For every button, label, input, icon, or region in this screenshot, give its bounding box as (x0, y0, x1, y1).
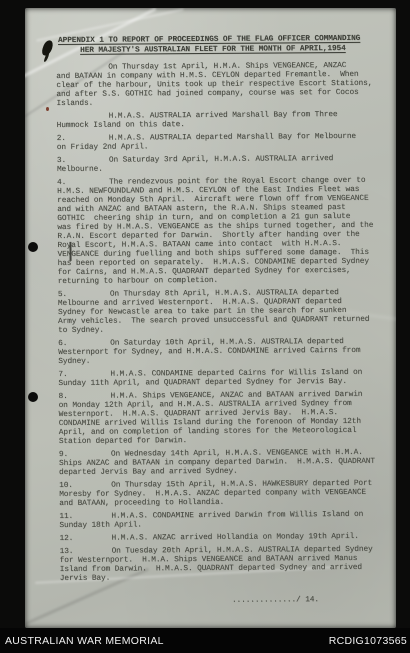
scanned-page: APPENDIX 1 TO REPORT OF PROCEEDINGS OF T… (25, 8, 396, 628)
document-paragraph: On Thursday 1st April, H.M.A. Ships VENG… (56, 62, 392, 109)
scan-viewer: APPENDIX 1 TO REPORT OF PROCEEDINGS OF T… (0, 0, 410, 653)
paragraph-number: 6. (58, 340, 67, 349)
archive-institution: AUSTRALIAN WAR MEMORIAL (5, 635, 164, 647)
paragraph-number: 11. (59, 513, 73, 522)
paragraph-number: 7. (58, 371, 67, 380)
paragraph-text: On Saturday 10th April, H.M.A.S. AUSTRAL… (58, 338, 394, 367)
document-paragraph: 4. The rendezvous point for the Royal Es… (57, 177, 394, 287)
document-paragraph: 13. On Tuesday 20th April, H.M.A.S. AUST… (60, 546, 396, 584)
paragraph-number: 13. (60, 548, 74, 557)
paragraph-text: On Thursday 1st April, H.M.A. Ships VENG… (56, 62, 392, 109)
hole-punch (28, 242, 38, 252)
paper-speck (46, 107, 49, 111)
paragraph-number: 3. (57, 157, 66, 166)
document-title: APPENDIX 1 TO REPORT OF PROCEEDINGS OF T… (58, 34, 392, 56)
paragraph-text: On Thursday 8th April, H.M.A.S. AUSTRALI… (58, 289, 394, 336)
document-body: APPENDIX 1 TO REPORT OF PROCEEDINGS OF T… (56, 34, 396, 607)
archive-footer: AUSTRALIAN WAR MEMORIAL RCDIG1073565 (0, 628, 410, 653)
paragraph-number: 8. (58, 393, 67, 402)
paragraph-number: 9. (59, 451, 68, 460)
ink-blot (41, 39, 55, 57)
document-paragraph: 5. On Thursday 8th April, H.M.A.S. AUSTR… (58, 289, 394, 336)
paragraph-text: H.M.A.S. ANZAC arrived Hollandia on Mond… (59, 533, 395, 544)
paragraph-text: On Wednesday 14th April, H.M.A.S. VENGEA… (59, 449, 395, 478)
paragraph-number: 10. (59, 482, 73, 491)
archive-reference: RCDIG1073565 (329, 635, 407, 647)
document-paragraph: 7. H.M.A.S. CONDAMINE departed Cairns fo… (58, 369, 394, 389)
paragraph-text: H.M.A.S. CONDAMINE departed Cairns for W… (58, 369, 394, 389)
document-paragraph: 9. On Wednesday 14th April, H.M.A.S. VEN… (59, 449, 395, 478)
paragraph-text: The rendezvous point for the Royal Escor… (57, 177, 394, 287)
paragraph-number: 5. (58, 291, 67, 300)
paragraph-text: H.M.A.S. AUSTRALIA departed Marshall Bay… (57, 133, 393, 153)
continuation-marker: ............../ 14. (232, 596, 396, 606)
hole-punch (28, 392, 38, 402)
document-paragraph: 3. On Saturday 3rd April, H.M.A.S. AUSTR… (57, 155, 393, 175)
document-paragraph: H.M.A.S. AUSTRALIA arrived Marshall Bay … (57, 111, 393, 131)
document-title-line2: HER MAJESTY'S AUSTRALIAN FLEET FOR THE M… (80, 44, 392, 56)
document-paragraph: 2. H.M.A.S. AUSTRALIA departed Marshall … (57, 133, 393, 153)
paragraph-number: 4. (57, 179, 66, 188)
paragraph-text: On Saturday 3rd April, H.M.A.S. AUSTRALI… (57, 155, 393, 175)
margin-annotation-mark (69, 242, 71, 261)
document-paragraph: 6. On Saturday 10th April, H.M.A.S. AUST… (58, 338, 394, 367)
document-paragraph: 11. H.M.A.S. CONDAMINE arrived Darwin fr… (59, 511, 395, 531)
paragraph-text: H.M.A.S. CONDAMINE arrived Darwin from W… (59, 511, 395, 531)
paragraph-number: 12. (59, 535, 73, 544)
paragraph-text: H.M.A. Ships VENGEANCE, ANZAC and BATAAN… (58, 391, 394, 447)
document-paragraph: 8. H.M.A. Ships VENGEANCE, ANZAC and BAT… (58, 391, 394, 447)
paragraph-text: H.M.A.S. AUSTRALIA arrived Marshall Bay … (57, 111, 393, 131)
document-paragraph: 12. H.M.A.S. ANZAC arrived Hollandia on … (59, 533, 395, 544)
paragraph-number: 2. (57, 135, 66, 144)
paragraph-text: On Thursday 15th April, H.M.A.S. HAWKESB… (59, 480, 395, 509)
paragraph-text: On Tuesday 20th April, H.M.A.S. AUSTRALI… (60, 546, 396, 584)
document-paragraph: 10. On Thursday 15th April, H.M.A.S. HAW… (59, 480, 395, 509)
